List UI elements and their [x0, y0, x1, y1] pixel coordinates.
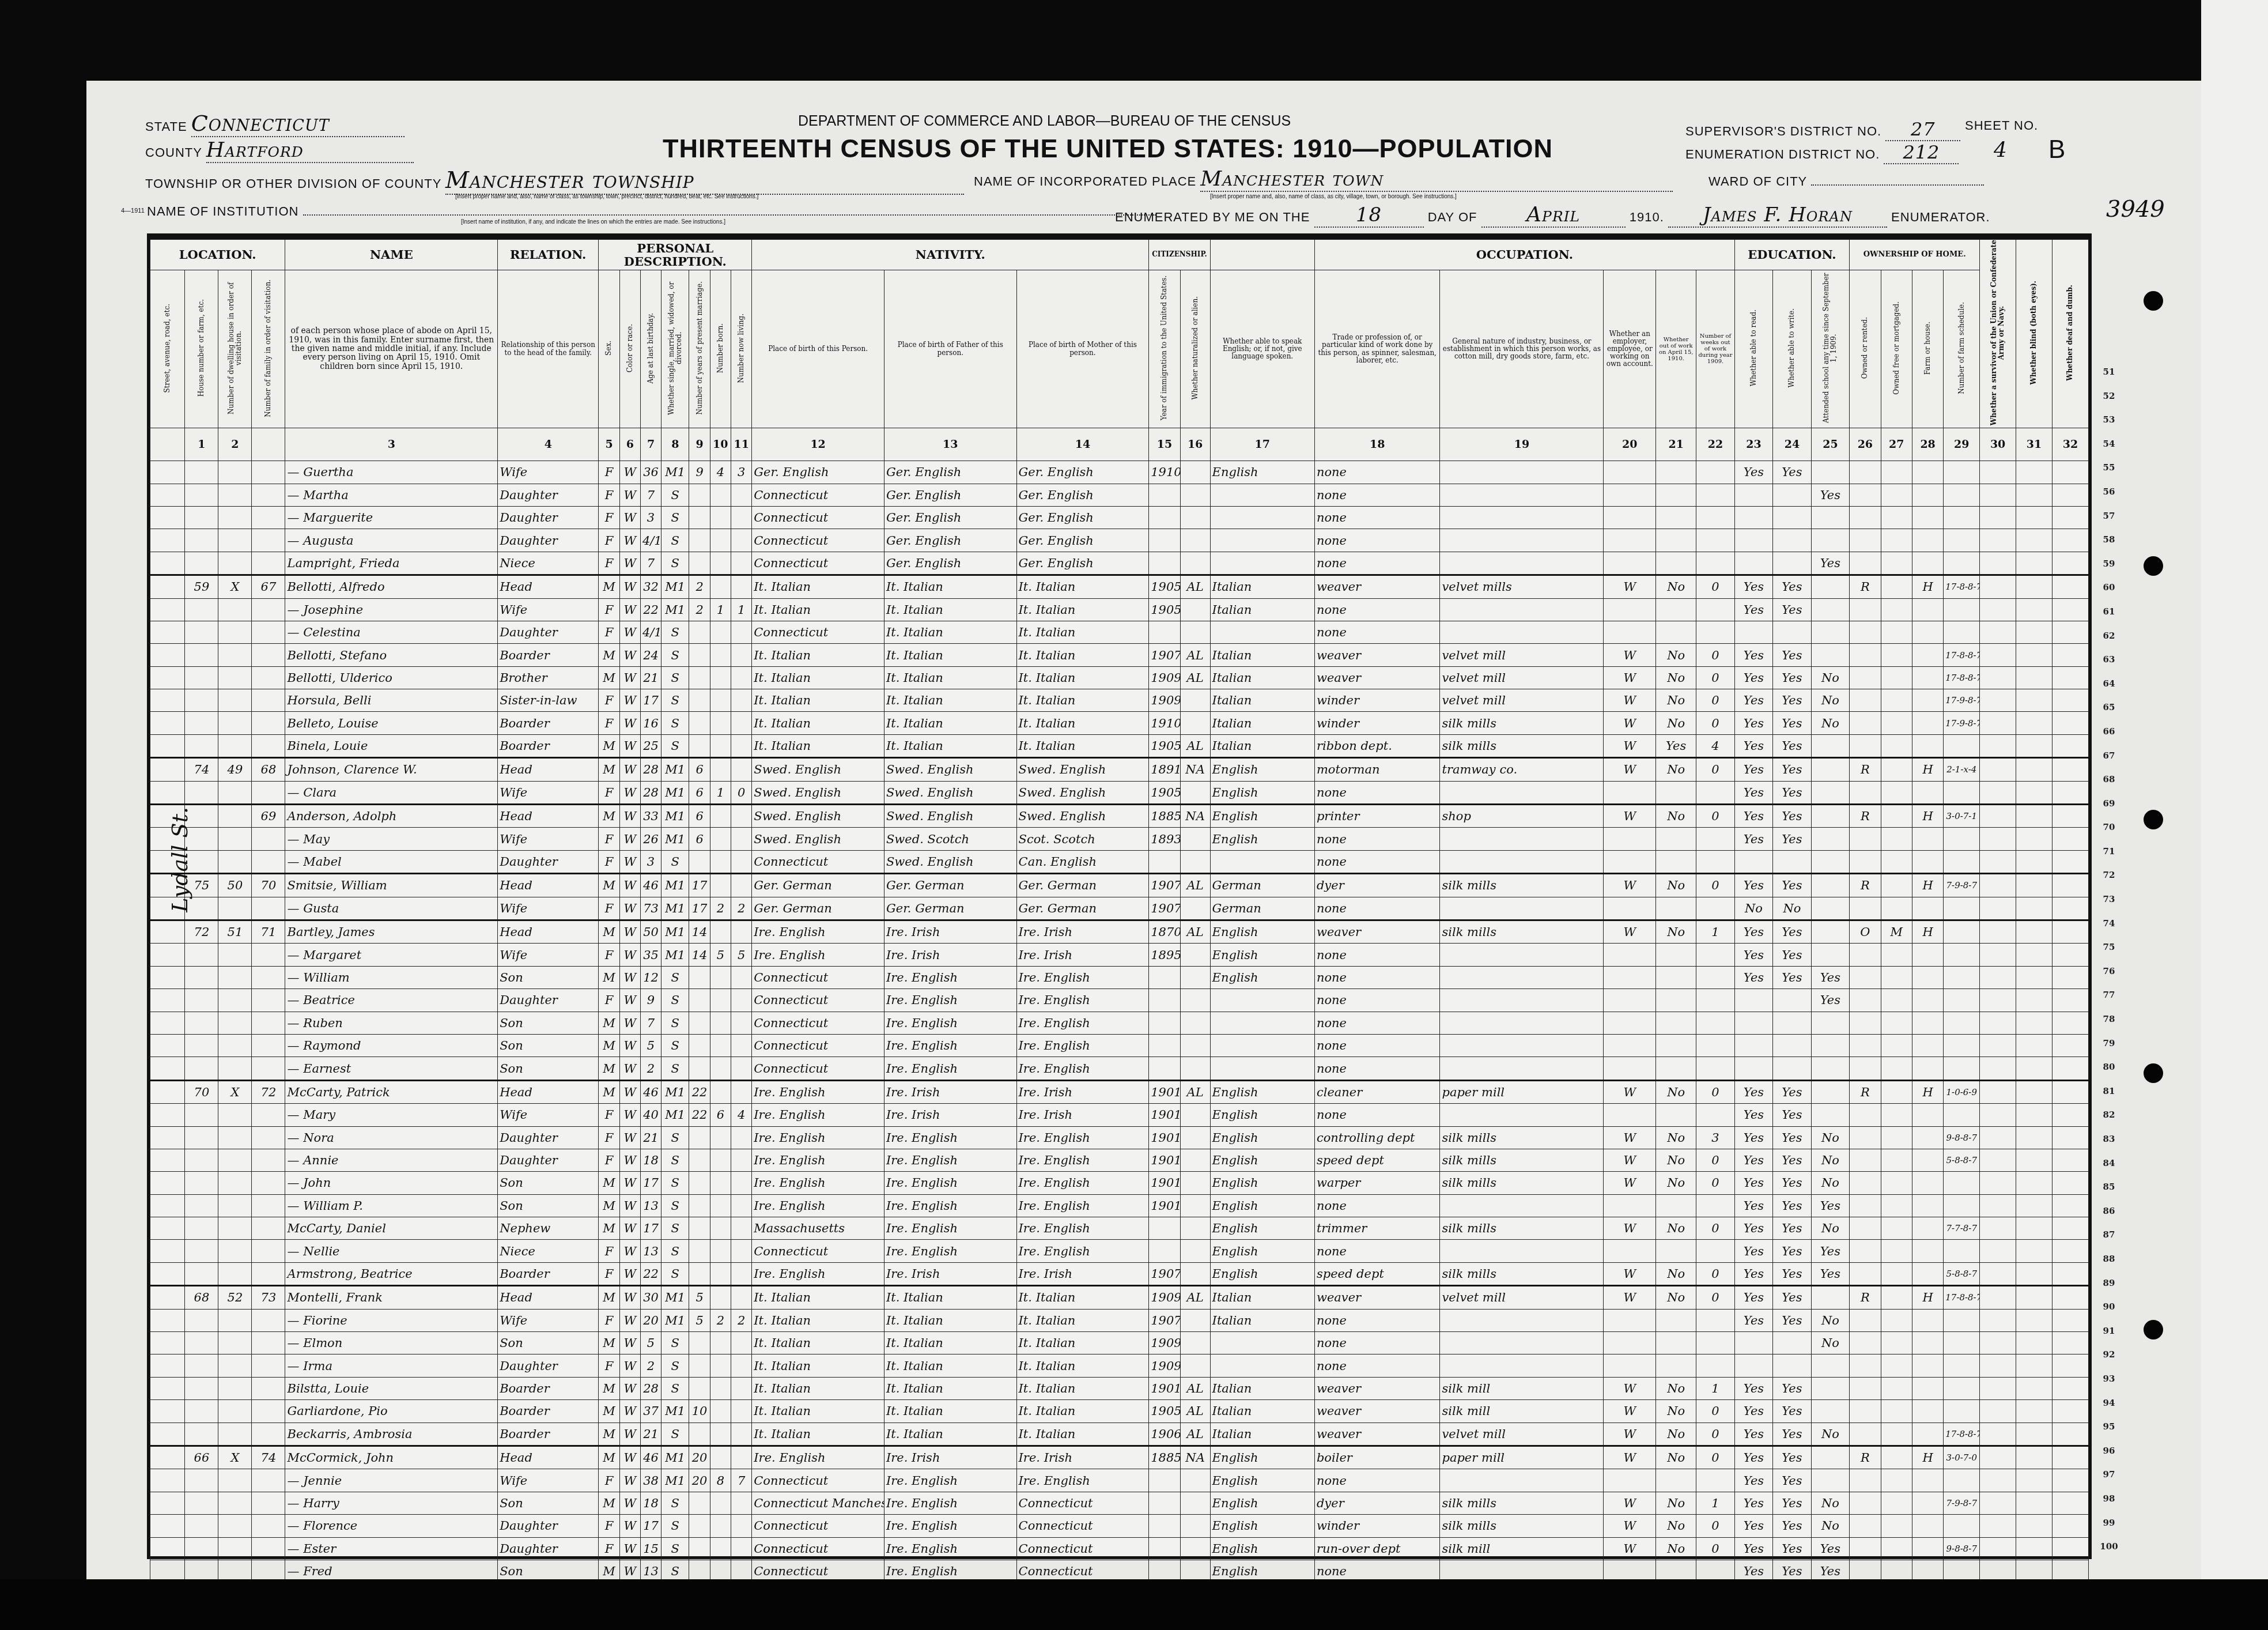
cell-living — [731, 989, 751, 1012]
cell-marital: S — [661, 621, 689, 643]
cell-school: No — [1811, 1126, 1850, 1149]
cell-write — [1773, 529, 1811, 552]
cell-imm — [1149, 529, 1180, 552]
cell-deaf — [2052, 1034, 2088, 1057]
header-owned: Owned or rented. — [1850, 270, 1881, 428]
cell-sex: M — [599, 966, 619, 988]
cell-write: Yes — [1773, 1126, 1811, 1149]
cell-imm: 1910 — [1149, 461, 1180, 484]
cell-family: 72 — [252, 1080, 285, 1103]
cell-read: Yes — [1734, 1080, 1772, 1103]
cell-industry — [1440, 621, 1604, 643]
column-number: 13 — [884, 428, 1016, 461]
table-row: Armstrong, BeatriceBoarderFW22SIre. Engl… — [150, 1262, 2089, 1285]
cell-name: Smitsie, William — [285, 874, 498, 897]
cell-dwelling — [218, 1309, 252, 1331]
cell-house — [185, 598, 218, 621]
cell-write: Yes — [1773, 1286, 1811, 1309]
cell-bp: It. Italian — [752, 734, 884, 757]
cell-sched: 17-9-8-7 — [1944, 712, 1980, 734]
cell-name: Bellotti, Ulderico — [285, 666, 498, 689]
table-row: Lampright, FriedaNieceFW7SConnecticutGer… — [150, 552, 2089, 575]
cell-marital: S — [661, 1515, 689, 1537]
cell-weeks: 0 — [1696, 1515, 1735, 1537]
cell-name: — Gusta — [285, 897, 498, 920]
cell-owned: R — [1850, 805, 1881, 828]
cell-fh — [1912, 1515, 1943, 1537]
cell-bm: Swed. English — [1016, 805, 1149, 828]
cell-living — [731, 1217, 751, 1240]
cell-years — [689, 484, 710, 506]
cell-blind — [2016, 1469, 2052, 1492]
table-row: 66X74McCormick, JohnHeadMW46M120Ire. Eng… — [150, 1446, 2089, 1469]
cell-blind — [2016, 1194, 2052, 1217]
enumeration-district-field: ENUMERATION DISTRICT NO. 212 — [1685, 141, 1959, 164]
cell-emp — [1604, 1012, 1656, 1034]
cell-fh — [1912, 897, 1943, 920]
cell-color: W — [619, 758, 640, 781]
table-row: — RaymondSonMW5SConnecticutIre. EnglishI… — [150, 1034, 2089, 1057]
table-row: — GuerthaWifeFW36M1943Ger. EnglishGer. E… — [150, 461, 2089, 484]
institution-note: [Insert name of institution, if any, and… — [461, 219, 725, 225]
section-citizenship: CITIZENSHIP. — [1149, 240, 1210, 270]
cell-trade: controlling dept — [1314, 1126, 1440, 1149]
cell-read: Yes — [1734, 1172, 1772, 1194]
cell-bm: Connecticut — [1016, 1515, 1149, 1537]
cell-lang: Italian — [1210, 689, 1314, 712]
cell-school — [1811, 575, 1850, 598]
cell-color: W — [619, 1057, 640, 1080]
cell-out: No — [1656, 575, 1696, 598]
cell-fh — [1912, 1400, 1943, 1423]
cell-bp: Connecticut — [752, 989, 884, 1012]
cell-bp: It. Italian — [752, 1423, 884, 1446]
cell-read — [1734, 1354, 1772, 1377]
cell-age: 38 — [640, 1469, 661, 1492]
cell-vet — [1980, 644, 2016, 666]
cell-living — [731, 1423, 751, 1446]
column-number: 18 — [1314, 428, 1440, 461]
cell-marital: S — [661, 1034, 689, 1057]
table-row: Garliardone, PioBoarderMW37M110It. Itali… — [150, 1400, 2089, 1423]
column-number: 30 — [1980, 428, 2016, 461]
cell-bf: Ire. English — [884, 1537, 1016, 1560]
cell-read — [1734, 1332, 1772, 1354]
cell-age: 4/12 — [640, 529, 661, 552]
cell-owned — [1850, 1172, 1881, 1194]
cell-name: Johnson, Clarence W. — [285, 758, 498, 781]
cell-bp: Ire. English — [752, 1194, 884, 1217]
cell-lang — [1210, 552, 1314, 575]
cell-school — [1811, 874, 1850, 897]
cell-mort — [1881, 781, 1912, 804]
cell-street — [150, 989, 185, 1012]
cell-school — [1811, 1286, 1850, 1309]
cell-emp: W — [1604, 734, 1656, 757]
cell-name: McCarty, Daniel — [285, 1217, 498, 1240]
cell-age: 2 — [640, 1354, 661, 1377]
cell-blind — [2016, 1240, 2052, 1262]
cell-write — [1773, 621, 1811, 643]
cell-mort — [1881, 828, 1912, 850]
cell-write: Yes — [1773, 461, 1811, 484]
cell-relation: Boarder — [498, 644, 599, 666]
cell-imm: 1905 — [1149, 734, 1180, 757]
cell-marital: S — [661, 1217, 689, 1240]
column-number: 32 — [2052, 428, 2088, 461]
cell-relation: Boarder — [498, 1262, 599, 1285]
cell-vet — [1980, 805, 2016, 828]
cell-read: Yes — [1734, 1423, 1772, 1446]
cell-out: No — [1656, 1126, 1696, 1149]
cell-vet — [1980, 598, 2016, 621]
cell-bp: Swed. English — [752, 828, 884, 850]
cell-living — [731, 1080, 751, 1103]
cell-bf: It. Italian — [884, 1309, 1016, 1331]
cell-lang: English — [1210, 1515, 1314, 1537]
cell-read — [1734, 989, 1772, 1012]
cell-house — [185, 1537, 218, 1560]
cell-house — [185, 1262, 218, 1285]
cell-marital: M1 — [661, 828, 689, 850]
table-row: — AnnieDaughterFW18SIre. EnglishIre. Eng… — [150, 1149, 2089, 1171]
cell-sched — [1944, 897, 1980, 920]
cell-marital: S — [661, 484, 689, 506]
cell-blind — [2016, 1377, 2052, 1399]
cell-sex: F — [599, 1515, 619, 1537]
line-number: 82 — [2097, 1103, 2120, 1127]
cell-write: Yes — [1773, 689, 1811, 712]
cell-lang: Italian — [1210, 644, 1314, 666]
cell-lang — [1210, 1354, 1314, 1377]
cell-lang: English — [1210, 1080, 1314, 1103]
cell-weeks — [1696, 1332, 1735, 1354]
cell-deaf — [2052, 666, 2088, 689]
cell-born — [710, 1446, 731, 1469]
cell-mort — [1881, 1377, 1912, 1399]
cell-living: 5 — [731, 944, 751, 966]
table-row: — NellieNieceFW13SConnecticutIre. Englis… — [150, 1240, 2089, 1262]
cell-age: 28 — [640, 758, 661, 781]
table-row: — FlorenceDaughterFW17SConnecticutIre. E… — [150, 1515, 2089, 1537]
cell-weeks — [1696, 944, 1735, 966]
cell-dwelling — [218, 897, 252, 920]
line-number: 68 — [2097, 768, 2120, 792]
cell-fh — [1912, 1149, 1943, 1171]
cell-sex: M — [599, 1194, 619, 1217]
cell-deaf — [2052, 1515, 2088, 1537]
cell-blind — [2016, 1034, 2052, 1057]
cell-blind — [2016, 1332, 2052, 1354]
cell-nat: AL — [1180, 1423, 1210, 1446]
line-number: 55 — [2097, 456, 2120, 480]
cell-emp: W — [1604, 758, 1656, 781]
cell-trade: none — [1314, 1034, 1440, 1057]
cell-mort — [1881, 1194, 1912, 1217]
cell-industry — [1440, 484, 1604, 506]
table-row: — William P.SonMW13SIre. EnglishIre. Eng… — [150, 1194, 2089, 1217]
cell-industry: silk mills — [1440, 1492, 1604, 1514]
cell-marital: M1 — [661, 1469, 689, 1492]
county-label: COUNTY — [145, 145, 202, 160]
cell-emp: W — [1604, 689, 1656, 712]
cell-dwelling — [218, 1469, 252, 1492]
cell-read — [1734, 506, 1772, 529]
line-number: 57 — [2097, 504, 2120, 529]
cell-marital: M1 — [661, 920, 689, 944]
cell-bp: Ire. English — [752, 1149, 884, 1171]
cell-age: 22 — [640, 598, 661, 621]
cell-industry: silk mills — [1440, 920, 1604, 944]
cell-school: No — [1811, 1515, 1850, 1537]
cell-industry: velvet mills — [1440, 575, 1604, 598]
cell-trade: trimmer — [1314, 1217, 1440, 1240]
cell-name: — Beatrice — [285, 989, 498, 1012]
enumerator-label: ENUMERATOR. — [1891, 210, 1990, 224]
cell-bf: It. Italian — [884, 621, 1016, 643]
cell-read — [1734, 552, 1772, 575]
cell-trade: dyer — [1314, 874, 1440, 897]
cell-lang: English — [1210, 966, 1314, 988]
binding-hole — [2144, 1320, 2163, 1340]
cell-sex: F — [599, 506, 619, 529]
cell-dwelling — [218, 484, 252, 506]
cell-owned — [1850, 1034, 1881, 1057]
cell-weeks — [1696, 1194, 1735, 1217]
column-number: 24 — [1773, 428, 1811, 461]
cell-marital: S — [661, 1423, 689, 1446]
cell-read: Yes — [1734, 1149, 1772, 1171]
cell-name: — Celestina — [285, 621, 498, 643]
cell-weeks: 0 — [1696, 1537, 1735, 1560]
cell-lang: Italian — [1210, 1423, 1314, 1446]
supervisor-label: SUPERVISOR'S DISTRICT NO. — [1685, 124, 1881, 138]
cell-deaf — [2052, 734, 2088, 757]
cell-bm: Ire. English — [1016, 1217, 1149, 1240]
cell-weeks: 3 — [1696, 1126, 1735, 1149]
cell-read: Yes — [1734, 1515, 1772, 1537]
cell-relation: Daughter — [498, 1354, 599, 1377]
cell-imm — [1149, 1217, 1180, 1240]
cell-sex: M — [599, 1012, 619, 1034]
cell-age: 26 — [640, 828, 661, 850]
column-number: 15 — [1149, 428, 1180, 461]
cell-emp: W — [1604, 920, 1656, 944]
cell-sex: F — [599, 1126, 619, 1149]
cell-blind — [2016, 689, 2052, 712]
cell-bf: Ire. English — [884, 1515, 1016, 1537]
cell-born — [710, 1240, 731, 1262]
form-number: 4—1911 — [121, 207, 145, 214]
cell-marital: S — [661, 644, 689, 666]
cell-name: Binela, Louie — [285, 734, 498, 757]
cell-industry — [1440, 529, 1604, 552]
cell-weeks: 0 — [1696, 1446, 1735, 1469]
cell-house: 72 — [185, 920, 218, 944]
cell-sched — [1944, 461, 1980, 484]
cell-trade: none — [1314, 897, 1440, 920]
section-location: LOCATION. — [150, 240, 285, 270]
cell-years — [689, 1172, 710, 1194]
institution-value — [303, 203, 1156, 216]
cell-imm: 1910 — [1149, 712, 1180, 734]
cell-sex: F — [599, 552, 619, 575]
line-number: 95 — [2097, 1415, 2120, 1439]
cell-industry — [1440, 506, 1604, 529]
cell-name: Horsula, Belli — [285, 689, 498, 712]
cell-house — [185, 734, 218, 757]
table-row: Bellotti, StefanoBoarderMW24SIt. Italian… — [150, 644, 2089, 666]
cell-years: 6 — [689, 805, 710, 828]
cell-color: W — [619, 529, 640, 552]
cell-house — [185, 944, 218, 966]
cell-name: — Augusta — [285, 529, 498, 552]
cell-fh — [1912, 966, 1943, 988]
cell-age: 36 — [640, 461, 661, 484]
cell-bf: It. Italian — [884, 666, 1016, 689]
cell-years: 5 — [689, 1309, 710, 1331]
cell-age: 17 — [640, 1515, 661, 1537]
cell-school — [1811, 1012, 1850, 1034]
cell-living — [731, 1515, 751, 1537]
cell-street — [150, 552, 185, 575]
cell-imm: 1905 — [1149, 781, 1180, 804]
cell-industry — [1440, 989, 1604, 1012]
cell-years — [689, 1034, 710, 1057]
cell-trade: weaver — [1314, 575, 1440, 598]
cell-weeks — [1696, 897, 1735, 920]
cell-house — [185, 529, 218, 552]
header-age: Age at last birthday. — [640, 270, 661, 428]
cell-nat: AL — [1180, 575, 1210, 598]
cell-blind — [2016, 734, 2052, 757]
cell-out — [1656, 989, 1696, 1012]
cell-family — [252, 1309, 285, 1331]
township-value: Manchester township — [445, 167, 964, 195]
cell-blind — [2016, 712, 2052, 734]
cell-industry: velvet mill — [1440, 1286, 1604, 1309]
cell-bm: It. Italian — [1016, 1423, 1149, 1446]
cell-bp: Swed. English — [752, 805, 884, 828]
cell-owned — [1850, 1515, 1881, 1537]
cell-living — [731, 828, 751, 850]
cell-bm: It. Italian — [1016, 575, 1149, 598]
cell-bp: Connecticut — [752, 529, 884, 552]
cell-years — [689, 1354, 710, 1377]
cell-industry — [1440, 944, 1604, 966]
cell-sched: 17-8-8-7 — [1944, 1423, 1980, 1446]
cell-nat — [1180, 461, 1210, 484]
cell-imm — [1149, 1537, 1180, 1560]
cell-bp: Ire. English — [752, 1262, 884, 1285]
table-row: 59X67Bellotti, AlfredoHeadMW32M12It. Ita… — [150, 575, 2089, 598]
cell-sex: F — [599, 529, 619, 552]
cell-relation: Son — [498, 1012, 599, 1034]
cell-vet — [1980, 575, 2016, 598]
cell-imm — [1149, 552, 1180, 575]
cell-marital: M1 — [661, 1104, 689, 1126]
cell-nat — [1180, 1354, 1210, 1377]
cell-living — [731, 1194, 751, 1217]
cell-born: 1 — [710, 598, 731, 621]
cell-name: McCormick, John — [285, 1446, 498, 1469]
cell-trade: speed dept — [1314, 1262, 1440, 1285]
cell-fh — [1912, 461, 1943, 484]
cell-write — [1773, 1012, 1811, 1034]
cell-street — [150, 944, 185, 966]
cell-emp: W — [1604, 1262, 1656, 1285]
cell-school: No — [1811, 1172, 1850, 1194]
cell-sched: 7-7-8-7 — [1944, 1217, 1980, 1240]
cell-fh — [1912, 989, 1943, 1012]
county-field: COUNTY Hartford — [145, 138, 414, 163]
cell-sched — [1944, 850, 1980, 873]
cell-nat: AL — [1180, 920, 1210, 944]
line-number: 100 — [2097, 1535, 2120, 1559]
cell-living — [731, 966, 751, 988]
cell-name: — William P. — [285, 1194, 498, 1217]
cell-weeks — [1696, 529, 1735, 552]
cell-sched: 17-8-8-7 — [1944, 1286, 1980, 1309]
cell-street — [150, 1172, 185, 1194]
cell-fh — [1912, 598, 1943, 621]
cell-born: 6 — [710, 1104, 731, 1126]
cell-imm: 1907 — [1149, 874, 1180, 897]
cell-house: 70 — [185, 1080, 218, 1103]
cell-marital: S — [661, 1194, 689, 1217]
cell-blind — [2016, 1354, 2052, 1377]
cell-out: No — [1656, 712, 1696, 734]
cell-street — [150, 1126, 185, 1149]
cell-imm: 1901 — [1149, 1172, 1180, 1194]
cell-nat — [1180, 1012, 1210, 1034]
cell-weeks: 0 — [1696, 805, 1735, 828]
cell-out: No — [1656, 1286, 1696, 1309]
cell-deaf — [2052, 805, 2088, 828]
cell-marital: M1 — [661, 781, 689, 804]
cell-bp: Connecticut — [752, 966, 884, 988]
cell-family — [252, 552, 285, 575]
cell-owned — [1850, 966, 1881, 988]
cell-sex: M — [599, 1332, 619, 1354]
table-row: Binela, LouieBoarderMW25SIt. ItalianIt. … — [150, 734, 2089, 757]
cell-owned — [1850, 850, 1881, 873]
cell-age: 40 — [640, 1104, 661, 1126]
cell-sex: M — [599, 805, 619, 828]
cell-deaf — [2052, 689, 2088, 712]
cell-weeks: 0 — [1696, 758, 1735, 781]
column-number: 31 — [2016, 428, 2052, 461]
cell-bm: It. Italian — [1016, 1400, 1149, 1423]
table-row: 755070Smitsie, WilliamHeadMW46M117Ger. G… — [150, 874, 2089, 897]
cell-dwelling — [218, 1354, 252, 1377]
table-row: Belleto, LouiseBoarderFW16SIt. ItalianIt… — [150, 712, 2089, 734]
cell-bf: It. Italian — [884, 1286, 1016, 1309]
header-weeks-out: Number of weeks out of work during year … — [1696, 270, 1735, 428]
cell-deaf — [2052, 1012, 2088, 1034]
cell-read: Yes — [1734, 758, 1772, 781]
cell-lang: English — [1210, 1104, 1314, 1126]
cell-age: 28 — [640, 781, 661, 804]
cell-owned — [1850, 506, 1881, 529]
cell-color: W — [619, 1034, 640, 1057]
cell-out — [1656, 1104, 1696, 1126]
cell-sched — [1944, 621, 1980, 643]
cell-owned: R — [1850, 1446, 1881, 1469]
cell-read — [1734, 484, 1772, 506]
column-number: 8 — [661, 428, 689, 461]
cell-color: W — [619, 966, 640, 988]
